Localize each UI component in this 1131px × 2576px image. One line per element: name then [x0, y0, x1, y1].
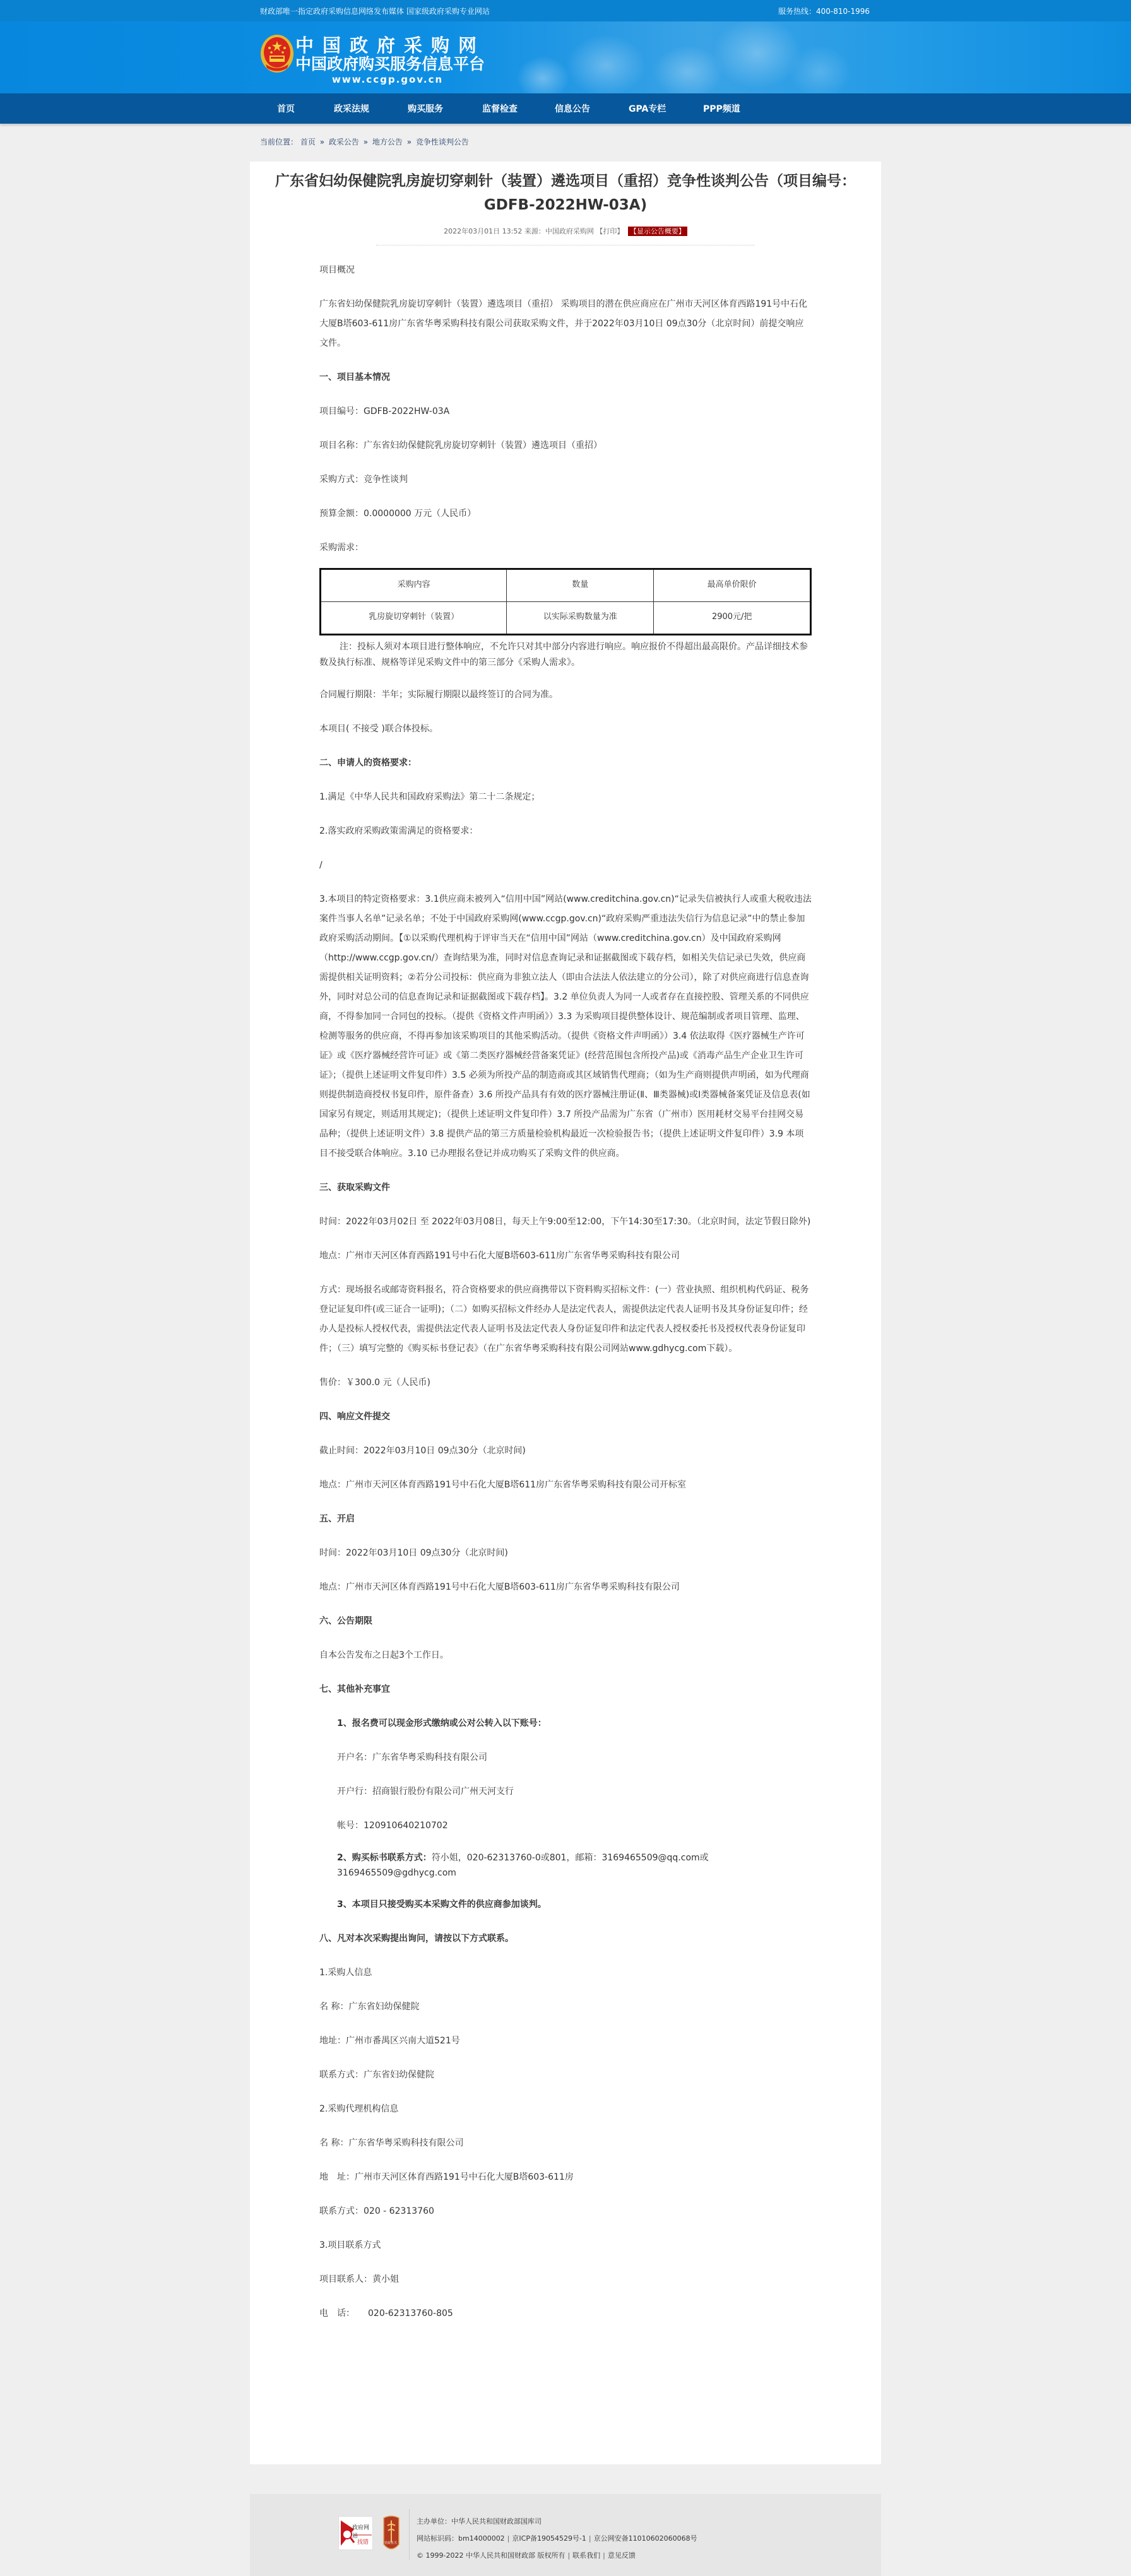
article-meta: 2022年03月01日 13:52 来源：中国政府采购网 【打印】 【显示公告概…: [250, 226, 881, 236]
nav-item-regulations[interactable]: 政采法规: [334, 102, 369, 115]
supplement-item-1: 1、报名费可以现金形式缴纳或公对公转入以下账号：: [319, 1714, 812, 1734]
breadcrumb-announcements[interactable]: 政采公告: [329, 138, 359, 146]
footer-icp-link[interactable]: 京ICP备19054529号-1: [512, 2534, 586, 2543]
footer-info: 主办单位：中华人民共和国财政部国库司 网站标识码：bm14000002|京ICP…: [417, 2513, 697, 2564]
footer-copyright: © 1999-2022 中华人民共和国财政部 版权所有: [417, 2551, 565, 2560]
nav-item-purchase-services[interactable]: 购买服务: [408, 102, 443, 115]
footer-site-id: 网站标识码：bm14000002: [417, 2534, 505, 2543]
document-method: 方式：现场报名或邮寄资料报名，符合资格要求的供应商携带以下资料购买招标文件：(一…: [319, 1280, 812, 1359]
project-name: 项目名称：广东省妇幼保健院乳房旋切穿刺针（装置）遴选项目（重招）: [319, 436, 812, 456]
nav-item-ppp[interactable]: PPP频道: [703, 102, 740, 115]
gov-site-error-report-badge[interactable]: 政府网站 找错: [338, 2516, 373, 2550]
supplement-item-2: 2、购买标书联系方式：符小姐，020-62313760-0或801，邮箱：316…: [319, 1850, 812, 1881]
footer-divider: [409, 2509, 410, 2560]
document-time: 时间：2022年03月02日 至 2022年03月08日，每天上午9:00至12…: [319, 1212, 812, 1232]
table-header-row: 采购内容 数量 最高单价限价: [321, 569, 811, 602]
show-summary-button[interactable]: 【显示公告概要】: [628, 227, 687, 236]
site-footer: 政府网站 找错 党政机关 主办单位：中华人民共和国财政部国库司 网站标识码：bm…: [250, 2494, 881, 2576]
section-6-heading: 六、公告期限: [319, 1612, 812, 1631]
footer-contact-us-link[interactable]: 联系我们: [572, 2551, 600, 2560]
table-cell: 以实际采购数量为准: [507, 602, 654, 635]
breadcrumb-local[interactable]: 地方公告: [372, 138, 403, 146]
supplement-item-2-label: 2、购买标书联系方式：: [337, 1853, 432, 1863]
breadcrumb: 当前位置： 首页 » 政采公告 » 地方公告 » 竞争性谈判公告: [250, 124, 881, 162]
table-header-cell: 最高单价限价: [654, 569, 811, 602]
table-header-cell: 数量: [507, 569, 654, 602]
purchaser-heading: 1.采购人信息: [319, 1963, 812, 1983]
nav-item-announcements[interactable]: 信息公告: [555, 102, 590, 115]
qualification-item-1: 1.满足《中华人民共和国政府采购法》第二十二条规定；: [319, 788, 812, 807]
badge-party-label: 党政机关: [384, 2541, 397, 2545]
requirement-label: 采购需求：: [319, 538, 812, 558]
publish-datetime: 2022年03月01日 13:52: [444, 227, 522, 235]
table-row: 乳房旋切穿刺针（装置） 以实际采购数量为准 2900元/把: [321, 602, 811, 635]
account-name: 开户名：广东省华粤采购科技有限公司: [319, 1748, 812, 1768]
national-emblem-icon: [260, 34, 294, 73]
site-logo-text: 中国政府采购网 中国政府购买服务信息平台 www.ccgp.gov.cn: [295, 35, 485, 86]
announcement-period: 自本公告发布之日起3个工作日。: [319, 1646, 812, 1665]
table-cell: 2900元/把: [654, 602, 811, 635]
document-place: 地点：广州市天河区体育西路191号中石化大厦B塔603-611房广东省华粤采购科…: [319, 1246, 812, 1266]
qualification-item-2: 2.落实政府采购政策需满足的资格要求：: [319, 822, 812, 841]
bank-name: 开户行：招商银行股份有限公司广州天河支行: [319, 1782, 812, 1802]
table-cell: 乳房旋切穿刺针（装置）: [321, 602, 507, 635]
site-slogan: 财政部唯一指定政府采购信息网络发布媒体 国家级政府采购专业网站: [260, 6, 490, 16]
footer-police-link[interactable]: 京公网安备11010602060068号: [594, 2534, 697, 2543]
footer-host: 主办单位：中华人民共和国财政部国库司: [417, 2513, 697, 2530]
purchaser-address: 地址：广州市番禺区兴南大道521号: [319, 2031, 812, 2051]
consortium-policy: 本项目( 不接受 )联合体投标。: [319, 719, 812, 739]
submission-place: 地点：广州市天河区体育西路191号中石化大厦B塔611房广东省华粤采购科技有限公…: [319, 1475, 812, 1495]
section-3-heading: 三、获取采购文件: [319, 1178, 812, 1198]
project-contact-heading: 3.项目联系方式: [319, 2236, 812, 2255]
breadcrumb-separator: »: [364, 138, 368, 146]
project-contact-person: 项目联系人：黄小姐: [319, 2270, 812, 2289]
opening-place: 地点：广州市天河区体育西路191号中石化大厦B塔603-611房广东省华粤采购科…: [319, 1578, 812, 1597]
logo-line-2: 中国政府购买服务信息平台: [295, 56, 485, 73]
section-8-heading: 八、凡对本次采购提出询问，请按以下方式联系。: [319, 1929, 812, 1949]
requirement-note: 注：投标人须对本项目进行整体响应，不允许只对其中部分内容进行响应。响应报价不得超…: [319, 639, 812, 671]
section-2-heading: 二、申请人的资格要求：: [319, 753, 812, 773]
nav-item-home[interactable]: 首页: [277, 102, 295, 115]
party-emblem-icon: [382, 2514, 400, 2553]
print-button[interactable]: 【打印】: [596, 227, 624, 235]
overview-heading: 项目概况: [319, 261, 812, 280]
logo-url: www.ccgp.gov.cn: [332, 73, 485, 86]
budget-amount: 预算金额：0.0000000 万元（人民币）: [319, 504, 812, 524]
section-5-heading: 五、开启: [319, 1510, 812, 1529]
submission-deadline: 截止时间：2022年03月10日 09点30分（北京时间): [319, 1441, 812, 1461]
purchaser-name: 名 称：广东省妇幼保健院: [319, 1997, 812, 2017]
opening-time: 时间：2022年03月10日 09点30分（北京时间): [319, 1544, 812, 1563]
purchaser-contact: 联系方式：广东省妇幼保健院: [319, 2065, 812, 2085]
breadcrumb-separator: »: [320, 138, 324, 146]
logo-line-1: 中国政府采购网: [295, 35, 485, 56]
article-source: 来源：中国政府采购网: [524, 227, 594, 235]
project-number: 项目编号：GDFB-2022HW-03A: [319, 402, 812, 422]
breadcrumb-home[interactable]: 首页: [300, 138, 316, 146]
footer-feedback-link[interactable]: 意见反馈: [608, 2551, 636, 2560]
footer-registration: 网站标识码：bm14000002|京ICP备19054529号-1|京公网安备1…: [417, 2530, 697, 2547]
section-4-heading: 四、响应文件提交: [319, 1407, 812, 1427]
agency-heading: 2.采购代理机构信息: [319, 2100, 812, 2119]
article-content: 项目概况 广东省妇幼保健院乳房旋切穿刺针（装置）遴选项目（重招） 采购项目的潜在…: [250, 245, 881, 2324]
nav-item-supervision[interactable]: 监督检查: [482, 102, 518, 115]
footer-copyright-row: © 1999-2022 中华人民共和国财政部 版权所有|联系我们|意见反馈: [417, 2547, 697, 2564]
qualification-item-2-value: /: [319, 856, 812, 875]
overview-text: 广东省妇幼保健院乳房旋切穿刺针（装置）遴选项目（重招） 采购项目的潜在供应商应在…: [319, 295, 812, 353]
section-1-heading: 一、项目基本情况: [319, 368, 812, 387]
breadcrumb-separator: »: [407, 138, 412, 146]
requirement-table: 采购内容 数量 最高单价限价 乳房旋切穿刺针（装置） 以实际采购数量为准 290…: [319, 568, 812, 635]
page-title: 广东省妇幼保健院乳房旋切穿刺针（装置）遴选项目（重招）竞争性谈判公告（项目编号：…: [250, 162, 881, 217]
article-panel: 广东省妇幼保健院乳房旋切穿刺针（装置）遴选项目（重招）竞争性谈判公告（项目编号：…: [250, 162, 881, 2464]
contract-period: 合同履行期限：半年；实际履行期限以最终签订的合同为准。: [319, 685, 812, 705]
site-banner: 中国政府采购网 中国政府购买服务信息平台 www.ccgp.gov.cn: [0, 21, 1131, 93]
top-strip: 财政部唯一指定政府采购信息网络发布媒体 国家级政府采购专业网站 服务热线：400…: [0, 0, 1131, 21]
agency-address: 地 址：广州市天河区体育西路191号中石化大厦B塔603-611房: [319, 2168, 812, 2187]
document-price: 售价：￥300.0 元（人民币): [319, 1373, 812, 1393]
main-nav: 首页 政采法规 购买服务 监督检查 信息公告 GPA专栏 PPP频道: [0, 93, 1131, 124]
section-7-heading: 七、其他补充事宜: [319, 1680, 812, 1699]
table-header-cell: 采购内容: [321, 569, 507, 602]
badge-find-line2: 找错: [357, 2538, 369, 2546]
project-phone: 电 话： 020-62313760-805: [319, 2304, 812, 2324]
supplement-item-3: 3、本项目只接受购买本采购文件的供应商参加谈判。: [319, 1895, 812, 1915]
nav-item-gpa[interactable]: GPA专栏: [629, 102, 666, 115]
party-government-badge[interactable]: 党政机关: [382, 2514, 400, 2553]
account-number: 帐号：120910640210702: [319, 1816, 812, 1836]
service-hotline: 服务热线：400-810-1996: [778, 6, 870, 16]
agency-name: 名 称：广东省华粤采购科技有限公司: [319, 2134, 812, 2153]
breadcrumb-current[interactable]: 竞争性谈判公告: [416, 138, 469, 146]
procurement-method: 采购方式：竞争性谈判: [319, 470, 812, 490]
agency-contact: 联系方式：020 - 62313760: [319, 2202, 812, 2221]
breadcrumb-prefix: 当前位置：: [260, 138, 298, 146]
qualification-item-3: 3.本项目的特定资格要求：3.1供应商未被列入“信用中国”网站(www.cred…: [319, 890, 812, 1164]
